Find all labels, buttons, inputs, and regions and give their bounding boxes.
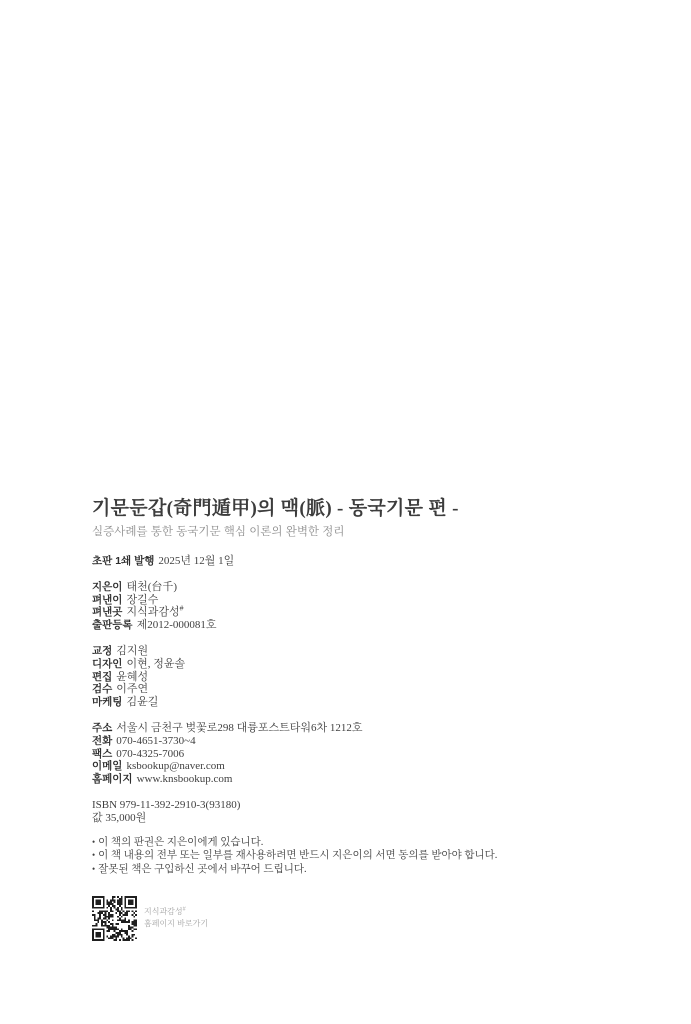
edition-label: 초판 1쇄 발행 bbox=[92, 555, 154, 567]
edition-section: 초판 1쇄 발행2025년 12월 1일 bbox=[92, 555, 572, 568]
design-value: 이현, 정윤솔 bbox=[126, 658, 185, 670]
edition-value: 2025년 12월 1일 bbox=[158, 555, 234, 567]
email-value: ksbookup@naver.com bbox=[126, 760, 224, 772]
bullet-icon: • bbox=[92, 864, 95, 874]
editing-row: 편집윤혜성 bbox=[92, 671, 572, 684]
website-label: 홈페이지 bbox=[92, 773, 133, 785]
review-label: 검수 bbox=[92, 683, 112, 695]
publisher-value: 지식과감성 bbox=[126, 606, 179, 618]
website-value: www.knsbookup.com bbox=[137, 773, 233, 785]
publisher-row: 펴낸곳지식과감성# bbox=[92, 606, 572, 619]
qr-block: 지식과감성# 홈페이지 바로가기 bbox=[92, 896, 572, 941]
publication-section: 지은이태천(台千) 펴낸이장길수 펴낸곳지식과감성# 출판등록제2012-000… bbox=[92, 581, 572, 632]
website-row: 홈페이지www.knsbookup.com bbox=[92, 773, 572, 786]
email-label: 이메일 bbox=[92, 760, 122, 772]
publisher-person-value: 장길수 bbox=[126, 594, 158, 606]
publisher-brand-mark: # bbox=[180, 606, 184, 613]
fax-value: 070-4325-7006 bbox=[116, 748, 184, 760]
author-value: 태천(台千) bbox=[126, 581, 177, 593]
review-row: 검수이주연 bbox=[92, 683, 572, 696]
notice-line: •잘못된 책은 구입하신 곳에서 바꾸어 드립니다. bbox=[92, 863, 572, 876]
editing-value: 윤혜성 bbox=[116, 671, 148, 683]
copyright-notices: •이 책의 판권은 지은이에게 있습니다. •이 책 내용의 전부 또는 일부를… bbox=[92, 836, 572, 876]
book-subtitle: 실증사례를 통한 동국기문 핵심 이론의 완벽한 정리 bbox=[92, 525, 572, 539]
address-value: 서울시 금천구 벚꽃로298 대륭포스트타워6차 1212호 bbox=[116, 722, 362, 734]
qr-caption: 지식과감성# 홈페이지 바로가기 bbox=[144, 906, 208, 930]
notice-text: 이 책의 판권은 지은이에게 있습니다. bbox=[98, 837, 263, 848]
editing-label: 편집 bbox=[92, 671, 112, 683]
address-label: 주소 bbox=[92, 722, 112, 734]
marketing-value: 김윤길 bbox=[126, 696, 158, 708]
publisher-person-label: 펴낸이 bbox=[92, 594, 122, 606]
notice-text: 잘못된 책은 구입하신 곳에서 바꾸어 드립니다. bbox=[98, 864, 306, 875]
design-row: 디자인이현, 정윤솔 bbox=[92, 658, 572, 671]
fax-row: 팩스070-4325-7006 bbox=[92, 748, 572, 761]
book-title: 기문둔갑(奇門遁甲)의 맥(脈) - 동국기문 편 - bbox=[92, 497, 572, 520]
proofreading-row: 교정김지원 bbox=[92, 645, 572, 658]
author-label: 지은이 bbox=[92, 581, 122, 593]
registration-value: 제2012-000081호 bbox=[137, 619, 217, 631]
contact-section: 주소서울시 금천구 벚꽃로298 대륭포스트타워6차 1212호 전화070-4… bbox=[92, 722, 572, 786]
registration-row: 출판등록제2012-000081호 bbox=[92, 619, 572, 632]
marketing-row: 마케팅김윤길 bbox=[92, 696, 572, 709]
marketing-label: 마케팅 bbox=[92, 696, 122, 708]
bullet-icon: • bbox=[92, 837, 95, 847]
publisher-person-row: 펴낸이장길수 bbox=[92, 594, 572, 607]
design-label: 디자인 bbox=[92, 658, 122, 670]
registration-label: 출판등록 bbox=[92, 619, 133, 631]
proofreading-value: 김지원 bbox=[116, 645, 148, 657]
notice-line: •이 책 내용의 전부 또는 일부를 재사용하려면 반드시 지은이의 서면 동의… bbox=[92, 849, 572, 862]
proofreading-label: 교정 bbox=[92, 645, 112, 657]
qr-caption-line1: 지식과감성# bbox=[144, 906, 208, 918]
bullet-icon: • bbox=[92, 850, 95, 860]
notice-line: •이 책의 판권은 지은이에게 있습니다. bbox=[92, 836, 572, 849]
qr-code-icon bbox=[92, 896, 137, 941]
author-row: 지은이태천(台千) bbox=[92, 581, 572, 594]
address-row: 주소서울시 금천구 벚꽃로298 대륭포스트타워6차 1212호 bbox=[92, 722, 572, 735]
price-line: 값 35,000원 bbox=[92, 812, 572, 825]
phone-value: 070-4651-3730~4 bbox=[116, 735, 195, 747]
qr-brand-mark: # bbox=[183, 907, 186, 913]
email-row: 이메일ksbookup@naver.com bbox=[92, 760, 572, 773]
colophon-page: { "page": { "title": "기문둔갑(奇門遁甲)의 맥(脈) -… bbox=[0, 0, 691, 1024]
isbn-section: ISBN 979-11-392-2910-3(93180) 값 35,000원 bbox=[92, 799, 572, 825]
review-value: 이주연 bbox=[116, 683, 148, 695]
fax-label: 팩스 bbox=[92, 748, 112, 760]
qr-caption-line2: 홈페이지 바로가기 bbox=[144, 918, 208, 930]
isbn-line: ISBN 979-11-392-2910-3(93180) bbox=[92, 799, 572, 812]
staff-section: 교정김지원 디자인이현, 정윤솔 편집윤혜성 검수이주연 마케팅김윤길 bbox=[92, 645, 572, 709]
edition-line: 초판 1쇄 발행2025년 12월 1일 bbox=[92, 555, 572, 568]
phone-label: 전화 bbox=[92, 735, 112, 747]
publisher-label: 펴낸곳 bbox=[92, 606, 122, 618]
notice-text: 이 책 내용의 전부 또는 일부를 재사용하려면 반드시 지은이의 서면 동의를… bbox=[98, 850, 497, 861]
colophon-block: 기문둔갑(奇門遁甲)의 맥(脈) - 동국기문 편 - 실증사례를 통한 동국기… bbox=[92, 497, 572, 941]
phone-row: 전화070-4651-3730~4 bbox=[92, 735, 572, 748]
